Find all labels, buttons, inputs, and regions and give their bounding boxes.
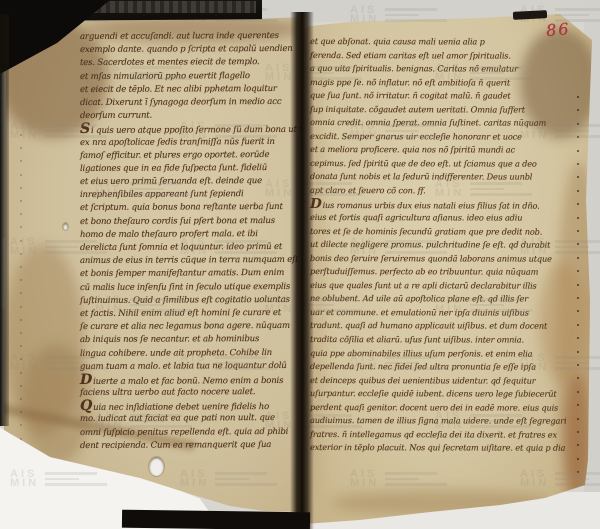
manuscript-line: ne oblubent. Ad uile aū apoſtolica plane… [310, 293, 576, 307]
manuscript-line: uſurpantur. eccleſie quidē iubent. dicen… [310, 388, 576, 402]
pricking-dot [20, 213, 22, 215]
pricking-dot [20, 226, 22, 228]
pricking-dot [577, 351, 579, 353]
pricking-dot [577, 324, 579, 326]
manuscript-line: bonis deo ſeruire ſeruiremus quondã labo… [310, 253, 576, 267]
pricking-dot [577, 163, 579, 165]
manuscript-line-text: iuerte a malo et fac bonū. Nemo enim a b… [93, 376, 283, 387]
pricking-dot [20, 319, 22, 321]
right-page-text-block: et que abſonat. quia causa mali uenia al… [310, 36, 576, 456]
manuscript-line: et que abſonat. quia causa mali uenia al… [310, 36, 576, 50]
pricking-dot [577, 364, 579, 366]
paragraph-initial: D [80, 372, 92, 388]
pricking-dot [20, 174, 22, 176]
manuscript-line: audiuimus. tamen de illius ſigna mala ui… [310, 415, 576, 429]
paragraph-initial: Q [80, 398, 92, 414]
pricking-dot [20, 332, 22, 334]
manuscript-line: uar et commune. et emulationū ner ipſa d… [310, 307, 576, 321]
manuscript-line-text: uia nec inſidiatione debet uenire fideli… [93, 402, 269, 413]
paragraph-initial: S [80, 121, 90, 137]
manuscript-line: Diuerte a malo et fac bonū. Nemo enim a … [80, 374, 306, 388]
book-shadow-left [0, 14, 9, 426]
left-page: ıllıl arguendi et accuſandi. aut lucra i… [4, 14, 302, 526]
pricking-dot [20, 147, 22, 149]
manuscript-line-text: i quis uero atque ppoſito ſermone ſū dum… [91, 125, 307, 136]
manuscript-line: tes. Sacerdotes et mentes eiecit de temp… [80, 57, 306, 71]
manuscript-photo: ıllıl arguendi et accuſandi. aut lucra i… [0, 0, 600, 529]
manuscript-line: que ſua ſunt. nõ irritatur. ñ cogitat ma… [310, 90, 576, 104]
manuscript-line: excidit. Semper gnarus uir eccleſie hono… [310, 131, 576, 145]
manuscript-line: et bonis ſemper manifeſtantur amatis. Du… [80, 268, 306, 282]
manuscript-line: eius que quales ſunt ut a re apli dictar… [310, 280, 576, 294]
right-page: llılı 86 et que abſonat. quia causa mali… [302, 12, 596, 524]
manuscript-line: et bono theſauro cordis ſui pſert bona e… [80, 215, 306, 229]
pricking-dot [20, 200, 22, 202]
manuscript-line: cepimus. ſed ſpiritū que de deo eſt. ut … [310, 158, 576, 172]
manuscript-line: ut dilecte negligere promus. pulchritudi… [310, 239, 576, 253]
manuscript-line: et eiecit de tēplo. Et nec alibi pphetam… [80, 84, 306, 98]
manuscript-line: eius et fortis quaſi agricultura aſianus… [310, 212, 576, 226]
manuscript-line: dent recipienda. Cum ea remanquerit que … [80, 440, 306, 454]
manuscript-line: et ſcriptum. quia bonus bona reſtante ue… [80, 202, 306, 216]
pricking-dot [20, 134, 22, 136]
pricking-dot [20, 424, 22, 426]
manuscript-line: et factis. Nihil enim aliud eſt homini ſ… [80, 308, 306, 322]
manuscript-line-text: ius romanus urbis dux eius natali eius f… [323, 200, 540, 211]
pricking-dot [577, 418, 579, 420]
manuscript-line: perdent quaſi genitor. docent uero dei i… [310, 402, 576, 416]
pricking-dot [577, 458, 579, 460]
manuscript-line: a quo uita ſpiritualis. benignas. Carita… [310, 63, 576, 77]
pricking-dot [577, 123, 579, 125]
pricking-dot [577, 136, 579, 138]
wormhole [148, 456, 165, 477]
manuscript-line: tores et ſe de hominis ſecundū gratiam q… [310, 226, 576, 240]
manuscript-line: lingua cohibere. unde ait propheta. Cohi… [80, 347, 306, 361]
pricking-dot [577, 257, 579, 259]
manuscript-line: mo. iudicat aut faciat ea que pati non u… [80, 413, 306, 427]
pricking-dot [20, 160, 22, 162]
manuscript-line: donata ſunt nobis et la ſedurū indiffere… [310, 171, 576, 185]
pricking-dot [20, 253, 22, 255]
pricking-dot [577, 190, 579, 192]
manuscript-line: Si quis uero atque ppoſito ſermone ſū du… [80, 123, 306, 137]
left-page-text-block: arguendi et accuſandi. aut lucra inde qu… [80, 32, 306, 454]
pricking-dot [20, 306, 22, 308]
pricking-dot [20, 398, 22, 400]
manuscript-line: cū malis luce inſenſu ſint in ſeculo uti… [80, 281, 306, 295]
manuscript-line: omni ſuſpicio penitus repellenda eſt. qu… [80, 426, 306, 440]
pricking-dot [577, 150, 579, 152]
manuscript-line: omnia credit. omnia ſperat. omnia ſuſtin… [310, 117, 576, 131]
pricking-dot [20, 266, 22, 268]
pricking-dot [577, 391, 579, 393]
pricking-dot [20, 187, 22, 189]
manuscript-line: magis ppe ſe. nõ inflatur. nõ eſt ambiti… [310, 77, 576, 91]
manuscript-line: Dius romanus urbis dux eius natali eius … [310, 199, 576, 213]
pricking-dot [577, 431, 579, 433]
manuscript-line: ligationes que in ea fide ſuſpecta ſunt.… [80, 163, 306, 177]
manuscript-line: dicat. Dixerunt ī ſynagoga deorſum in me… [80, 97, 306, 111]
manuscript-line: ab iniquis nos ſe necantur. et ab homini… [80, 334, 306, 348]
manuscript-line: ferenda. Sed etiam caritas eſt uel amor … [310, 50, 576, 64]
manuscript-line: depellenda ſunt. nec fidei ſed ultra pro… [310, 361, 576, 375]
pricking-dot [20, 240, 22, 242]
manuscript-line: apt claro et ſeuero cõ con. ff. [310, 185, 576, 199]
manuscript-line: perſtuduiſſemus. perfecto ab eo tribuunt… [310, 266, 576, 280]
manuscript-line: guam tuam a malo. et labia tua ne loquan… [80, 361, 306, 375]
manuscript-line: fratres. ñ intellegamus qd eccleſia dei … [310, 429, 576, 443]
manuscript-line: exterior in tēplo placuit. Nos qui ſecre… [310, 442, 576, 456]
pricking-dot [577, 284, 579, 286]
manuscript-line: et a meliora proficere. quia nos nõ ſpir… [310, 144, 576, 158]
pricking-dot [577, 96, 579, 98]
manuscript-line: ſuſtinuimus. Quid a ſimilibus eſt cogita… [80, 295, 306, 309]
manuscript-line: tradita cõſilia et aliarū. uſus ſunt uiſ… [310, 334, 576, 348]
pricking-dot [20, 438, 22, 440]
pricking-dot [577, 297, 579, 299]
manuscript-line: et deinceps quibus dei uenientibus uiden… [310, 375, 576, 389]
manuscript-line: quia ppe abominabiles illius uſum perſon… [310, 348, 576, 362]
manuscript-line: famoſ efficitur. et plures ergo oportet.… [80, 150, 306, 164]
page-gutter [290, 12, 314, 529]
wormhole [62, 222, 69, 231]
pricking-dot [20, 385, 22, 387]
pricking-dot [577, 230, 579, 232]
manuscript-line: ſup iniquitate. cõgaudet autem ueritati.… [310, 104, 576, 118]
manuscript-line: tradunt. quaſi ad humano applicauit uiſi… [310, 320, 576, 334]
manuscript-line: homo de malo theſauro profert mala. et i… [80, 229, 306, 243]
pricking-dot [20, 372, 22, 374]
book-shadow-bottom [122, 510, 310, 529]
pricking-dot [577, 217, 579, 219]
manuscript-line: ex nra apoſtolicae ſedis tranſmiſſa nūs … [80, 136, 306, 150]
manuscript-line: et mſas nimulariorū ppho euertit flagell… [80, 70, 306, 84]
